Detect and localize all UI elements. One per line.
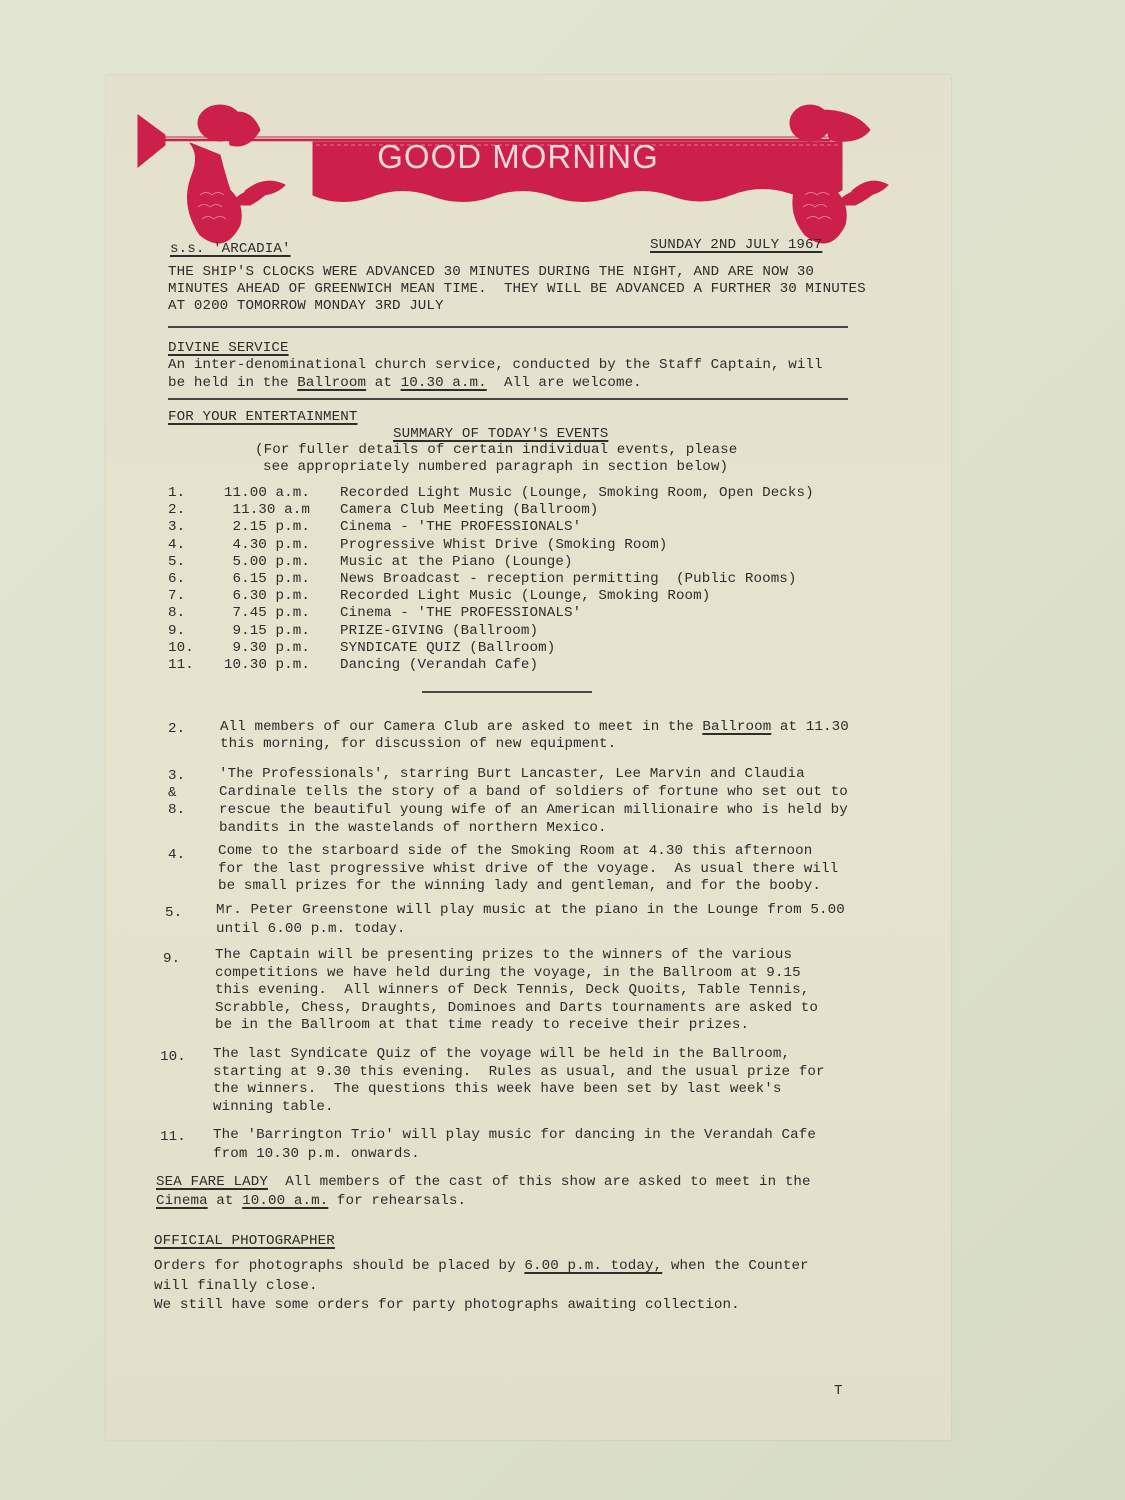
event-time: 11.30 a.m	[200, 502, 310, 520]
event-time: 7.45 p.m.	[200, 605, 310, 623]
event-time: 9.30 p.m.	[200, 640, 310, 658]
p4-line: Come to the starboard side of the Smokin…	[218, 843, 812, 861]
event-description: Progressive Whist Drive (Smoking Room)	[340, 537, 667, 555]
p10-line: winning table.	[213, 1099, 334, 1117]
event-time: 2.15 p.m.	[200, 519, 310, 537]
p9-line: be in the Ballroom at that time ready to…	[215, 1017, 749, 1035]
event-time: 6.30 p.m.	[200, 588, 310, 606]
event-time: 11.00 a.m.	[200, 485, 310, 503]
p4-line: be small prizes for the winning lady and…	[218, 878, 821, 896]
p9-line: The Captain will be presenting prizes to…	[215, 947, 792, 965]
divine-service-line-1: An inter-denominational church service, …	[168, 357, 823, 375]
banner-title: GOOD MORNING	[313, 138, 723, 176]
photographer-heading: OFFICIAL PHOTOGRAPHER	[154, 1233, 335, 1251]
photographer-line-3: We still have some orders for party phot…	[154, 1297, 740, 1315]
event-description: Cinema - 'THE PROFESSIONALS'	[340, 605, 581, 623]
para-number: 10.	[160, 1049, 186, 1067]
event-description: PRIZE-GIVING (Ballroom)	[340, 623, 538, 641]
p9-line: competitions we have held during the voy…	[215, 965, 801, 983]
event-number: 5.	[168, 554, 185, 572]
sea-fare-lady-line-2: Cinema at 10.00 a.m. for rehearsals.	[156, 1193, 466, 1211]
para-2-line-2: this morning, for discussion of new equi…	[220, 736, 616, 754]
p3-line: Cardinale tells the story of a band of s…	[219, 784, 848, 802]
sea-fare-lady-line-1: SEA FARE LADY All members of the cast of…	[156, 1174, 811, 1192]
p10-line: The last Syndicate Quiz of the voyage wi…	[213, 1046, 790, 1064]
p3-line: rescue the beautiful young wife of an Am…	[219, 802, 848, 820]
para-number: 9.	[163, 951, 180, 969]
event-description: Camera Club Meeting (Ballroom)	[340, 502, 598, 520]
short-divider	[422, 691, 592, 693]
event-description: Dancing (Verandah Cafe)	[340, 657, 538, 675]
para-number: 3.	[168, 768, 185, 786]
photographer-line-1: Orders for photographs should be placed …	[154, 1258, 809, 1276]
event-description: Cinema - 'THE PROFESSIONALS'	[340, 519, 581, 537]
event-description: Recorded Light Music (Lounge, Smoking Ro…	[340, 485, 814, 503]
para-number: 2.	[168, 721, 185, 739]
divine-service-line-2: be held in the Ballroom at 10.30 a.m. Al…	[168, 375, 642, 393]
p11-line: from 10.30 p.m. onwards.	[213, 1146, 420, 1164]
photographer-line-2: will finally close.	[154, 1278, 318, 1296]
event-description: News Broadcast - reception permitting (P…	[340, 571, 797, 589]
p3-line: bandits in the wastelands of northern Me…	[219, 820, 607, 838]
ship-name: s.s. 'ARCADIA'	[170, 241, 291, 259]
para-2-line-1: All members of our Camera Club are asked…	[220, 719, 849, 737]
event-number: 6.	[168, 571, 185, 589]
event-description: Music at the Piano (Lounge)	[340, 554, 573, 572]
para-number: 4.	[168, 847, 185, 865]
issue-date: SUNDAY 2ND JULY 1967	[650, 237, 822, 255]
event-time: 4.30 p.m.	[200, 537, 310, 555]
footer-mark: T	[834, 1383, 843, 1401]
event-time: 10.30 p.m.	[200, 657, 310, 675]
p10-line: starting at 9.30 this evening. Rules as …	[213, 1064, 825, 1082]
para-number: 11.	[160, 1129, 186, 1147]
summary-note-1: (For fuller details of certain individua…	[255, 442, 737, 460]
divine-service-heading: DIVINE SERVICE	[168, 340, 289, 358]
event-time: 5.00 p.m.	[200, 554, 310, 572]
event-number: 4.	[168, 537, 185, 555]
para-number: 8.	[168, 802, 185, 820]
divider	[168, 398, 848, 400]
event-number: 7.	[168, 588, 185, 606]
event-number: 11.	[168, 657, 194, 675]
event-description: SYNDICATE QUIZ (Ballroom)	[340, 640, 555, 658]
event-time: 9.15 p.m.	[200, 623, 310, 641]
p4-line: for the last progressive whist drive of …	[218, 861, 838, 879]
p3-line: 'The Professionals', starring Burt Lanca…	[219, 766, 805, 784]
p9-line: Scrabble, Chess, Draughts, Dominoes and …	[215, 1000, 818, 1018]
event-number: 8.	[168, 605, 185, 623]
event-number: 9.	[168, 623, 185, 641]
divider	[168, 326, 848, 328]
event-number: 2.	[168, 502, 185, 520]
event-number: 1.	[168, 485, 185, 503]
event-description: Recorded Light Music (Lounge, Smoking Ro…	[340, 588, 710, 606]
event-time: 6.15 p.m.	[200, 571, 310, 589]
summary-title: SUMMARY OF TODAY'S EVENTS	[393, 426, 608, 444]
p9-line: this evening. All winners of Deck Tennis…	[215, 982, 809, 1000]
summary-note-2: see appropriately numbered paragraph in …	[263, 459, 728, 477]
p5-line: Mr. Peter Greenstone will play music at …	[216, 902, 845, 920]
event-number: 10.	[168, 640, 194, 658]
p5-line: until 6.00 p.m. today.	[216, 921, 406, 939]
p10-line: the winners. The questions this week hav…	[213, 1081, 782, 1099]
entertainment-heading: FOR YOUR ENTERTAINMENT	[168, 409, 358, 427]
para-number: 5.	[165, 905, 182, 923]
p11-line: The 'Barrington Trio' will play music fo…	[213, 1127, 816, 1145]
event-number: 3.	[168, 519, 185, 537]
para-number: &	[168, 785, 177, 803]
